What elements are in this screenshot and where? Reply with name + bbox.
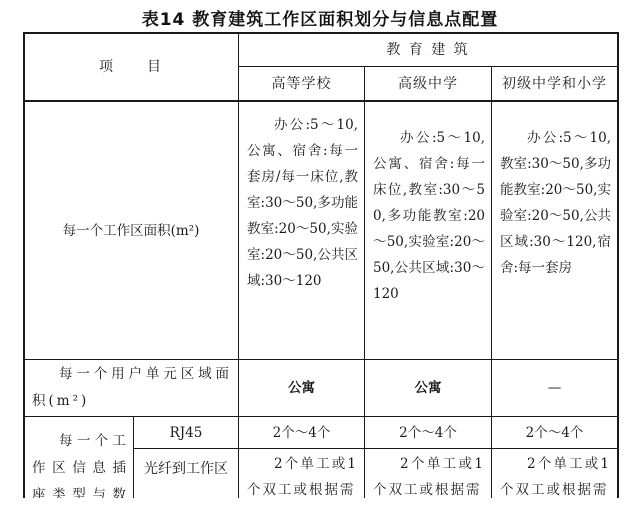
- cell-text: 2个～4个: [273, 420, 331, 446]
- column-header-label: 高等学校: [272, 71, 332, 97]
- sub-row-label-text: RJ45: [170, 420, 203, 446]
- sub-row-label-text: 光纤到工作区: [144, 456, 228, 482]
- cell-rj45-university: 2个～4个: [239, 417, 364, 448]
- row-label-text: 每一个工作区面积(m²): [63, 218, 200, 244]
- column-header-junior-primary: 初级中学和小学: [492, 67, 617, 100]
- cell-text: 公寓: [415, 375, 442, 401]
- cell-text: 2个～4个: [399, 420, 457, 446]
- cell-user-unit-university: 公寓: [239, 360, 364, 416]
- sub-row-label-rj45: RJ45: [134, 417, 238, 448]
- header-group-cell: 教 育 建 筑: [239, 33, 617, 66]
- row-label-work-area: 每一个工作区面积(m²): [24, 102, 238, 359]
- cell-work-area-senior-high: 办公:5～10,公寓、宿舍:每一床位,教室:30～50,多功能教室:20～50,…: [365, 125, 491, 359]
- header-item-label: 项 目: [99, 54, 163, 80]
- cell-text: 公寓: [288, 375, 315, 401]
- cell-text: —: [548, 375, 562, 401]
- header-item-cell: 项 目: [24, 33, 238, 100]
- cell-user-unit-senior-high: 公寓: [365, 360, 491, 416]
- document-page: 表14 教育建筑工作区面积划分与信息点配置 项 目 教 育 建 筑 高等学校 高…: [0, 0, 640, 498]
- cell-fiber-junior-primary: 2个单工或1个双工或根据需: [492, 451, 617, 498]
- cell-rj45-senior-high: 2个～4个: [365, 417, 491, 448]
- cell-work-area-university: 办公:5～10,公寓、宿舍:每一套房/每一床位,教室:30～50,多功能教室:2…: [239, 112, 364, 359]
- sub-row-label-fiber: 光纤到工作区: [134, 449, 238, 489]
- cell-fiber-university: 2个单工或1个双工或根据需: [239, 451, 364, 498]
- cell-rj45-junior-primary: 2个～4个: [492, 417, 617, 448]
- cell-work-area-junior-primary: 办公:5～10,教室:30～50,多功能教室:20～50,实验室:20～50,公…: [492, 125, 617, 359]
- column-header-senior-high: 高级中学: [365, 67, 491, 100]
- column-header-university: 高等学校: [239, 67, 364, 100]
- row-label-outlet-type: 每一个工作区信息插座类型与数量: [24, 428, 133, 498]
- table-title: 表14 教育建筑工作区面积划分与信息点配置: [0, 5, 640, 30]
- column-header-label: 高级中学: [398, 71, 458, 97]
- cell-text: 2个～4个: [526, 420, 584, 446]
- column-header-label: 初级中学和小学: [502, 71, 607, 97]
- row-label-user-unit-area: 每一个用户单元区域面积(m²): [24, 361, 238, 416]
- cell-fiber-senior-high: 2个单工或1个双工或根据需: [365, 451, 491, 498]
- header-group-label: 教 育 建 筑: [386, 37, 469, 63]
- cell-user-unit-junior-primary: —: [492, 360, 617, 416]
